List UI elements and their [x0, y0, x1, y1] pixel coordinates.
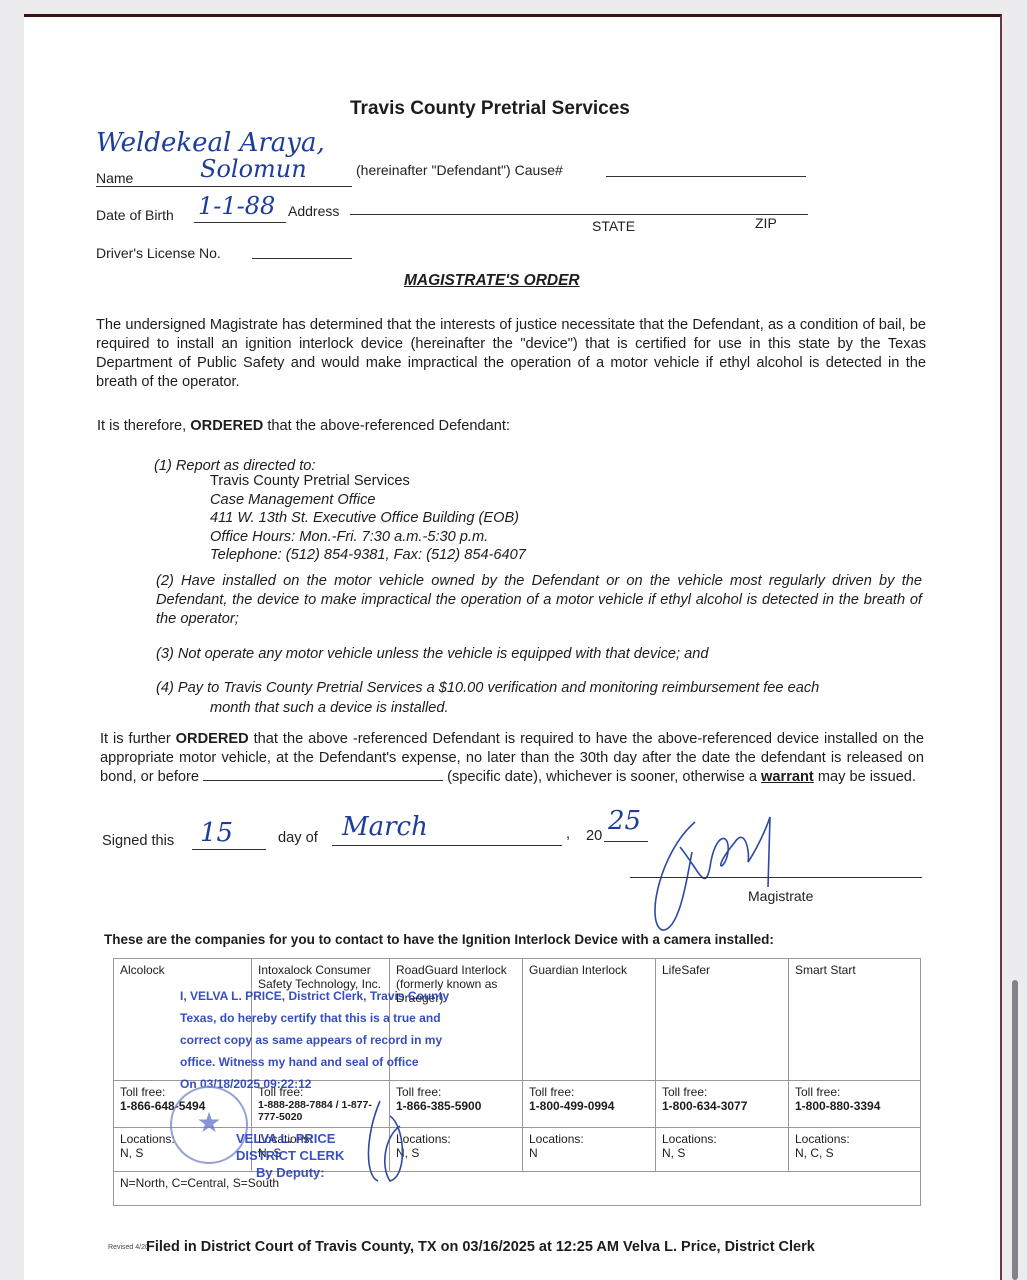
company-name: Smart Start	[789, 959, 921, 1081]
signed-day-value: 15	[200, 818, 233, 848]
company-phone-cell: Toll free:1-800-634-3077	[656, 1081, 789, 1128]
phone-link[interactable]: 1-800-634-3077	[662, 1099, 782, 1113]
office-dept: Case Management Office	[210, 491, 526, 510]
office-hours: Office Hours: Mon.-Fri. 7:30 a.m.-5:30 p…	[210, 528, 526, 547]
stamp-line: correct copy as same appears of record i…	[180, 1029, 449, 1051]
locations-value: N	[529, 1146, 649, 1160]
office-phone: Telephone: (512) 854-9381, Fax: (512) 85…	[210, 546, 526, 565]
order-heading: MAGISTRATE'S ORDER	[404, 272, 580, 290]
company-locations-cell: Locations:N, S	[656, 1128, 789, 1172]
cause-field-line[interactable]	[606, 176, 806, 177]
further-bold: ORDERED	[176, 731, 249, 747]
companies-intro: These are the companies for you to conta…	[104, 932, 774, 947]
further-after: (specific date), whichever is sooner, ot…	[447, 769, 757, 785]
name-value-line2: Solomun	[200, 155, 307, 183]
toll-label: Toll free:	[529, 1085, 649, 1099]
deputy-signature-icon	[360, 1096, 420, 1186]
specific-date-field[interactable]	[203, 780, 443, 781]
ordered-suffix: that the above-referenced Defendant:	[267, 418, 510, 434]
day-of-label: day of	[278, 830, 318, 846]
further-ordered-paragraph: It is further ORDERED that the above -re…	[100, 730, 924, 787]
comma: ,	[566, 826, 570, 842]
clerk-certification-stamp: I, VELVA L. PRICE, District Clerk, Travi…	[180, 985, 449, 1095]
ordered-bold: ORDERED	[190, 418, 263, 434]
stamp-line: office. Witness my hand and seal of offi…	[180, 1051, 449, 1073]
item4-line1: (4) Pay to Travis County Pretrial Servic…	[156, 680, 819, 696]
address-label: Address	[288, 203, 339, 219]
item3: (3) Not operate any motor vehicle unless…	[156, 646, 708, 662]
office-name: Travis County Pretrial Services	[210, 472, 526, 491]
zip-label: ZIP	[755, 215, 777, 231]
item4-line2: month that such a device is installed.	[210, 700, 449, 716]
name-label: Name	[96, 170, 133, 186]
toll-label: Toll free:	[795, 1085, 914, 1099]
further-prefix: It is further	[100, 731, 171, 747]
company-locations-cell: Locations:N, C, S	[789, 1128, 921, 1172]
further-end: may be issued.	[818, 769, 916, 785]
signed-this-label: Signed this	[102, 833, 174, 849]
magistrate-label: Magistrate	[748, 888, 813, 904]
locations-legend: N=North, C=Central, S=South	[114, 1172, 921, 1206]
address-field-line[interactable]	[350, 214, 808, 215]
revised-note: Revised 4/20	[108, 1244, 149, 1251]
clerk-deputy: By Deputy:	[236, 1164, 344, 1181]
item2: (2) Have installed on the motor vehicle …	[156, 572, 922, 629]
company-phone-cell: Toll free:1-800-880-3394	[789, 1081, 921, 1128]
clerk-name: VELVA L. PRICE	[236, 1130, 344, 1147]
magistrate-signature-line[interactable]	[630, 877, 922, 878]
company-locations-cell: Locations:N	[523, 1128, 656, 1172]
clerk-signature-block: VELVA L. PRICE DISTRICT CLERK By Deputy:	[236, 1130, 344, 1181]
locations-value: N, C, S	[795, 1146, 914, 1160]
office-address: 411 W. 13th St. Executive Office Buildin…	[210, 509, 526, 528]
locations-value: N, S	[662, 1146, 782, 1160]
vertical-scrollbar[interactable]	[1012, 980, 1018, 1280]
state-label: STATE	[592, 218, 635, 234]
dob-field-line[interactable]	[194, 222, 286, 223]
drivers-license-field-line[interactable]	[252, 258, 352, 259]
phone-link[interactable]: 1-800-499-0994	[529, 1099, 649, 1113]
month-field-line[interactable]	[332, 845, 562, 846]
year-prefix: 20	[586, 828, 602, 844]
ordered-line: It is therefore, ORDERED that the above-…	[97, 418, 510, 434]
locations-label: Locations:	[662, 1132, 782, 1146]
ordered-prefix: It is therefore,	[97, 418, 186, 434]
warrant-word: warrant	[761, 769, 814, 785]
locations-label: Locations:	[795, 1132, 914, 1146]
stamp-line: Texas, do hereby certify that this is a …	[180, 1007, 449, 1029]
clerk-title: DISTRICT CLERK	[236, 1147, 344, 1164]
drivers-license-label: Driver's License No.	[96, 245, 221, 261]
document-title: Travis County Pretrial Services	[350, 98, 630, 120]
locations-label: Locations:	[529, 1132, 649, 1146]
filed-notice: Filed in District Court of Travis County…	[146, 1239, 815, 1255]
item1-address-block: Travis County Pretrial Services Case Man…	[210, 472, 526, 565]
company-name: Guardian Interlock	[523, 959, 656, 1081]
toll-label: Toll free:	[662, 1085, 782, 1099]
dob-value: 1-1-88	[198, 192, 275, 220]
table-row: N=North, C=Central, S=South	[114, 1172, 921, 1206]
company-name: LifeSafer	[656, 959, 789, 1081]
signed-month-value: March	[342, 812, 428, 842]
phone-link[interactable]: 1-800-880-3394	[795, 1099, 914, 1113]
order-intro: The undersigned Magistrate has determine…	[96, 316, 926, 392]
stamp-line: I, VELVA L. PRICE, District Clerk, Travi…	[180, 985, 449, 1007]
signed-year-value: 25	[608, 806, 641, 836]
defendant-cause-label: (hereinafter "Defendant") Cause#	[356, 162, 563, 178]
day-field-line[interactable]	[192, 849, 266, 850]
dob-label: Date of Birth	[96, 207, 174, 223]
name-value-line1: Weldekeal Araya,	[96, 128, 325, 158]
name-field-line[interactable]	[96, 186, 352, 187]
company-phone-cell: Toll free:1-800-499-0994	[523, 1081, 656, 1128]
